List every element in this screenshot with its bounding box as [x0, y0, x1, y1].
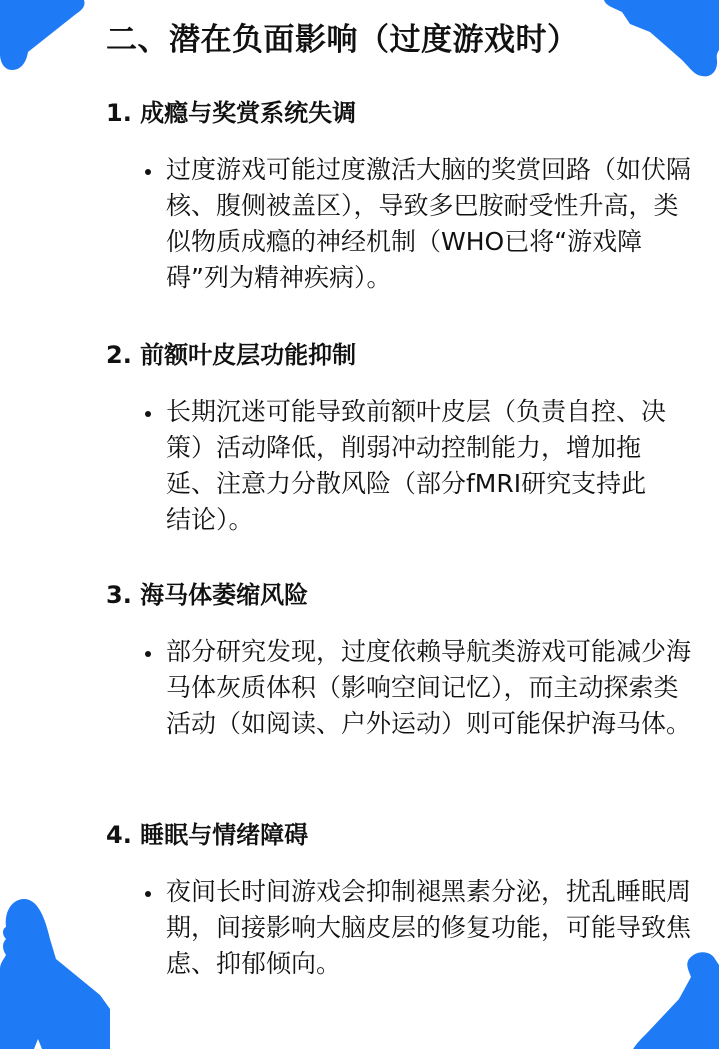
item-heading: 3. 海马体萎缩风险: [106, 578, 706, 612]
bullet-point: 过度游戏可能过度激活大脑的奖赏回路（如伏隔核、腹侧被盖区），导致多巴胺耐受性升高…: [106, 152, 706, 296]
item-heading: 2. 前额叶皮层功能抑制: [106, 338, 706, 372]
item-heading: 4. 睡眠与情绪障碍: [106, 818, 706, 852]
corner-decoration-top-right: [594, 0, 719, 80]
list-item-addiction: 1. 成瘾与奖赏系统失调 过度游戏可能过度激活大脑的奖赏回路（如伏隔核、腹侧被盖…: [106, 96, 706, 296]
bullet-point: 长期沉迷可能导致前额叶皮层（负责自控、决策）活动降低，削弱冲动控制能力，增加拖延…: [106, 394, 706, 538]
bullet-text: 长期沉迷可能导致前额叶皮层（负责自控、决策）活动降低，削弱冲动控制能力，增加拖延…: [166, 394, 666, 538]
bullet-text: 过度游戏可能过度激活大脑的奖赏回路（如伏隔核、腹侧被盖区），导致多巴胺耐受性升高…: [166, 152, 696, 296]
bullet-text: 部分研究发现，过度依赖导航类游戏可能减少海马体灰质体积（影响空间记忆），而主动探…: [166, 634, 696, 742]
bullet-text: 夜间长时间游戏会抑制褪黑素分泌，扰乱睡眠周期，间接影响大脑皮层的修复功能，可能导…: [166, 874, 696, 982]
bullet-dot-icon: [145, 651, 151, 657]
corner-decoration-top-left: [0, 0, 90, 75]
item-heading: 1. 成瘾与奖赏系统失调: [106, 96, 706, 130]
list-item-prefrontal: 2. 前额叶皮层功能抑制 长期沉迷可能导致前额叶皮层（负责自控、决策）活动降低，…: [106, 338, 706, 538]
list-item-sleep: 4. 睡眠与情绪障碍 夜间长时间游戏会抑制褪黑素分泌，扰乱睡眠周期，间接影响大脑…: [106, 818, 706, 982]
bullet-point: 部分研究发现，过度依赖导航类游戏可能减少海马体灰质体积（影响空间记忆），而主动探…: [106, 634, 706, 742]
bullet-point: 夜间长时间游戏会抑制褪黑素分泌，扰乱睡眠周期，间接影响大脑皮层的修复功能，可能导…: [106, 874, 706, 982]
bullet-dot-icon: [145, 411, 151, 417]
section-title: 二、潜在负面影响（过度游戏时）: [106, 14, 579, 59]
list-item-hippocampus: 3. 海马体萎缩风险 部分研究发现，过度依赖导航类游戏可能减少海马体灰质体积（影…: [106, 578, 706, 742]
bullet-dot-icon: [145, 891, 151, 897]
corner-decoration-bottom-left: [0, 899, 110, 1049]
bullet-dot-icon: [145, 169, 151, 175]
